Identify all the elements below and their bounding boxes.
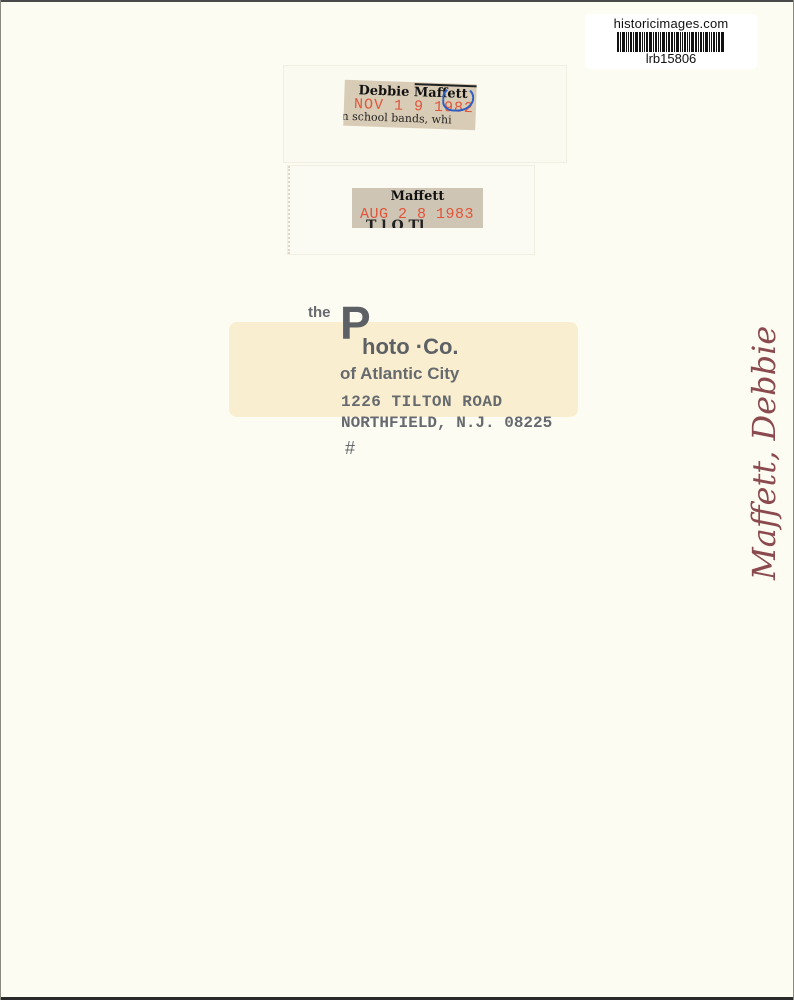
stamp-town: NORTHFIELD, N.J. 08225: [341, 414, 552, 432]
stamp-the: the: [308, 304, 331, 321]
sticker-code: lrb15806: [585, 52, 757, 65]
barcode-icon: [612, 32, 730, 52]
stamp-city: of Atlantic City: [340, 364, 459, 384]
sticker-site: historicimages.com: [585, 16, 757, 31]
photo-edge-left: [0, 0, 1, 1000]
stamp-number-mark: #: [345, 438, 355, 459]
clipping-snippet: n school bands, whi: [343, 110, 452, 127]
stamp-name-rest: hoto ·Co.: [362, 334, 459, 360]
handwritten-note: Maffett, Debbie: [745, 310, 783, 580]
clipping-snippet: T l O Tl: [366, 218, 424, 228]
news-clipping-1: Debbie Maffett NOV 1 9 1982 n school ban…: [343, 80, 477, 131]
news-clipping-2: Maffett AUG 2 8 1983 T l O Tl: [352, 188, 483, 228]
barcode-sticker: historicimages.com lrb15806: [585, 14, 757, 69]
stamp-address: 1226 TILTON ROAD: [341, 393, 503, 411]
clipping-name: Maffett: [352, 189, 483, 204]
photo-edge-top: [0, 0, 794, 2]
